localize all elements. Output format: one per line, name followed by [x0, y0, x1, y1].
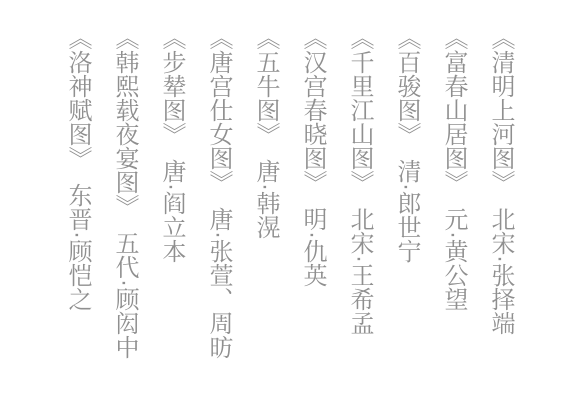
painting-attribution: 唐·张萱、周昉 — [205, 207, 232, 359]
painting-entry: 《洛神赋图》东晋·顾恺之 — [54, 26, 101, 394]
painting-entry: 《清明上河图》北宋·张择端 — [477, 26, 524, 394]
painting-entry: 《百骏图》清·郎世宁 — [383, 26, 430, 394]
painting-entry: 《千里江山图》北宋·王希孟 — [336, 26, 383, 394]
painting-attribution: 唐·韩滉 — [252, 159, 279, 239]
painting-attribution: 唐·阎立本 — [158, 159, 185, 263]
painting-attribution: 元·黄公望 — [440, 207, 467, 311]
painting-entry: 《汉宫春晓图》明·仇英 — [289, 26, 336, 394]
painting-title: 《百骏图》 — [393, 26, 420, 146]
painting-title: 《五牛图》 — [252, 26, 279, 146]
painting-attribution: 清·郎世宁 — [393, 159, 420, 263]
painting-entry: 《韩熙载夜宴图》五代·顾闳中 — [101, 26, 148, 394]
paintings-list: 《清明上河图》北宋·张择端 《富春山居图》元·黄公望 《百骏图》清·郎世宁 《千… — [54, 26, 524, 394]
painting-list-page: 《清明上河图》北宋·张择端 《富春山居图》元·黄公望 《百骏图》清·郎世宁 《千… — [0, 0, 580, 400]
painting-attribution: 东晋·顾恺之 — [64, 183, 91, 311]
painting-entry: 《五牛图》唐·韩滉 — [242, 26, 289, 394]
painting-title: 《韩熙载夜宴图》 — [111, 26, 138, 218]
painting-title: 《富春山居图》 — [440, 26, 467, 194]
painting-attribution: 明·仇英 — [299, 207, 326, 287]
painting-title: 《清明上河图》 — [487, 26, 514, 194]
painting-attribution: 五代·顾闳中 — [111, 231, 138, 359]
painting-title: 《汉宫春晓图》 — [299, 26, 326, 194]
painting-entry: 《步辇图》唐·阎立本 — [148, 26, 195, 394]
painting-title: 《洛神赋图》 — [64, 26, 91, 170]
painting-entry: 《唐宫仕女图》唐·张萱、周昉 — [195, 26, 242, 394]
painting-title: 《步辇图》 — [158, 26, 185, 146]
painting-attribution: 北宋·张择端 — [487, 207, 514, 335]
painting-title: 《千里江山图》 — [346, 26, 373, 194]
painting-attribution: 北宋·王希孟 — [346, 207, 373, 335]
painting-entry: 《富春山居图》元·黄公望 — [430, 26, 477, 394]
painting-title: 《唐宫仕女图》 — [205, 26, 232, 194]
